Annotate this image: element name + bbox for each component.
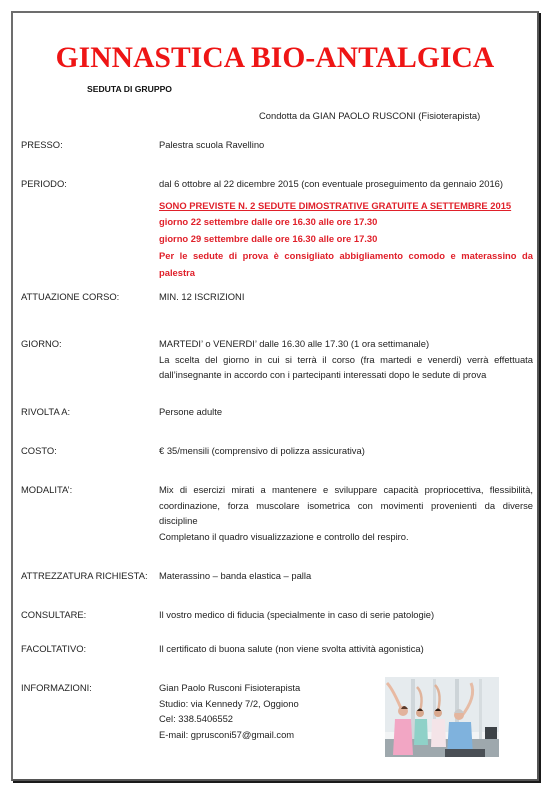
row-value: Mix di esercizi mirati a mantenere e svi…	[159, 482, 533, 529]
flyer-page	[11, 11, 539, 781]
row-label: FACOLTATIVO:	[21, 641, 86, 657]
row-label: CONSULTARE:	[21, 607, 86, 623]
row-label: RIVOLTA A:	[21, 404, 70, 420]
flyer-title: GINNASTICA BIO-ANTALGICA	[0, 42, 550, 75]
row-label: GIORNO:	[21, 336, 62, 352]
row-label: MODALITA’:	[21, 482, 72, 498]
row-value-group: MARTEDI’ o VENERDI’ dalle 16.30 alle 17.…	[159, 336, 533, 383]
demo-advice: Per le sedute di prova è consigliato abb…	[159, 247, 533, 281]
demo-session-2: giorno 29 settembre dalle ore 16.30 alle…	[159, 231, 533, 247]
demo-notice-heading: SONO PREVISTE N. 2 SEDUTE DIMOSTRATIVE G…	[159, 198, 533, 214]
row-value: Il certificato di buona salute (non vien…	[159, 641, 533, 657]
row-value: Il vostro medico di fiducia (specialment…	[159, 607, 533, 623]
row-label: PERIODO:	[21, 176, 67, 192]
row-value-group: dal 6 ottobre al 22 dicembre 2015 (con e…	[159, 176, 533, 281]
row-value: Persone adulte	[159, 404, 533, 420]
row-label: ATTUAZIONE CORSO:	[21, 289, 119, 305]
row-label: ATTREZZATURA RICHIESTA:	[21, 568, 148, 584]
row-value-group: Mix di esercizi mirati a mantenere e svi…	[159, 482, 533, 544]
row-value: Materassino – banda elastica – palla	[159, 568, 533, 584]
row-value: dal 6 ottobre al 22 dicembre 2015 (con e…	[159, 176, 533, 192]
row-value: Palestra scuola Ravellino	[159, 137, 533, 153]
demo-session-1: giorno 22 settembre dalle ore 16.30 alle…	[159, 214, 533, 230]
row-note: Completano il quadro visualizzazione e c…	[159, 529, 533, 545]
row-value: MIN. 12 ISCRIZIONI	[159, 289, 533, 305]
flyer-subtitle: SEDUTA DI GRUPPO	[87, 84, 172, 94]
instructor-line: Condotta da GIAN PAOLO RUSCONI (Fisioter…	[259, 110, 480, 121]
class-photo	[385, 677, 499, 757]
row-value: € 35/mensili (comprensivo di polizza ass…	[159, 443, 533, 459]
row-label: PRESSO:	[21, 137, 63, 153]
row-note: La scelta del giorno in cui si terrà il …	[159, 352, 533, 383]
row-label: COSTO:	[21, 443, 57, 459]
row-label: INFORMAZIONI:	[21, 680, 92, 696]
row-value: MARTEDI’ o VENERDI’ dalle 16.30 alle 17.…	[159, 336, 533, 352]
